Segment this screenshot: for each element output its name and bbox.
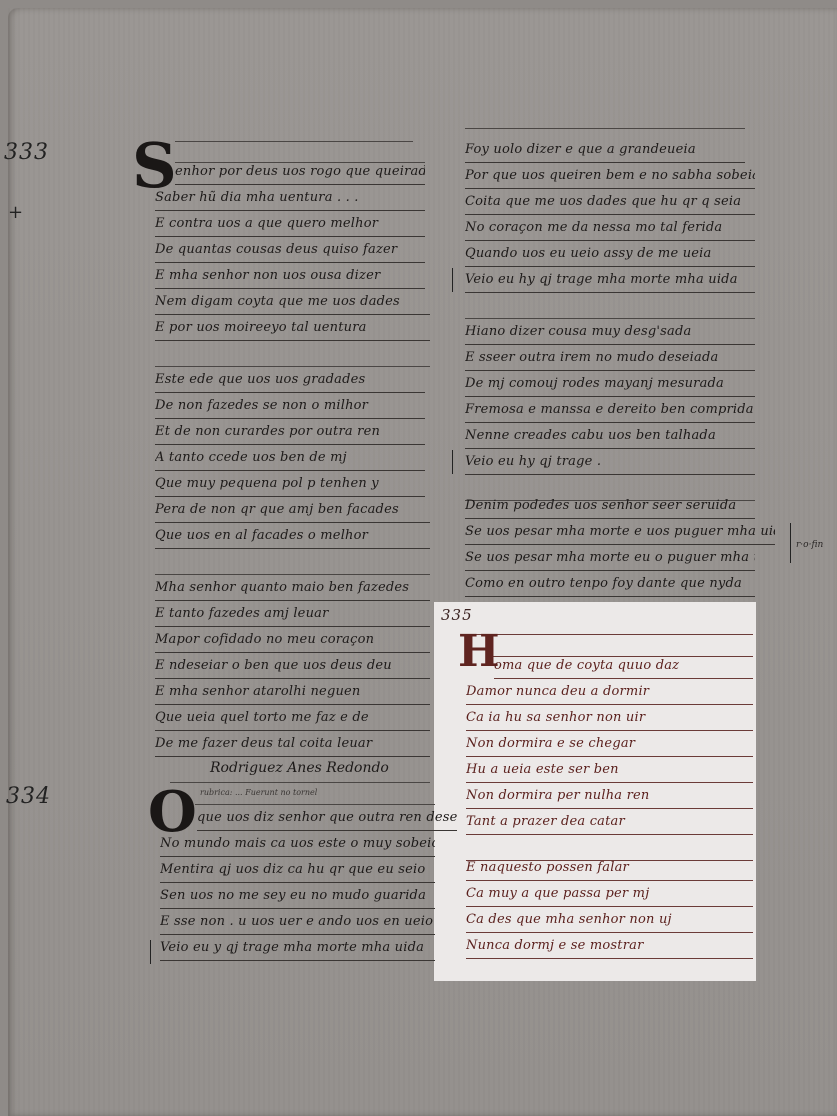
verse-line: Non dormira e se chegar bbox=[466, 734, 753, 757]
verse-line: No coraçon me da nessa mo tal ferida bbox=[465, 218, 755, 241]
ruled-line bbox=[155, 552, 430, 575]
verse-line: De mj comouj rodes mayanj mesurada bbox=[465, 374, 755, 397]
author-attribution: Rodriguez Anes Redondo bbox=[210, 760, 389, 776]
verse-line: Veio eu y qj trage mha morte mha uida bbox=[160, 938, 435, 961]
verse-line: Nem digam coyta que me uos dades bbox=[155, 292, 430, 315]
ruled-line bbox=[175, 119, 413, 142]
verse-line: E por uos moireeyo tal uentura bbox=[155, 318, 430, 341]
verse-line: oma que de coyta quuo daz bbox=[494, 656, 753, 679]
ruled-line bbox=[155, 344, 430, 367]
verse-line: Saber hũ dia mha uentura . . . bbox=[155, 188, 425, 211]
ruled-line bbox=[468, 612, 753, 635]
verse-line: Nenne creades cabu uos ben talhada bbox=[465, 426, 755, 449]
verse-line: Que muy pequena pol p tenhen y bbox=[155, 474, 425, 497]
verse-line: Non dormira per nulha ren bbox=[466, 786, 753, 809]
verse-line: Este ede que uos uos gradades bbox=[155, 370, 425, 393]
margin-cross-mark: + bbox=[8, 202, 24, 223]
verse-line: Fremosa e manssa e dereito ben comprida bbox=[465, 400, 755, 423]
verse-line: E mha senhor non uos ousa dizer bbox=[155, 266, 425, 289]
verse-line: Foy uolo dizer e que a grandeueia bbox=[465, 140, 745, 163]
verse-line: Mentira qj uos diz ca hu qr que eu seio bbox=[160, 860, 435, 883]
verse-line: Ca ia hu sa senhor non uir bbox=[466, 708, 753, 731]
verse-line: Veio eu hy qj trage mha morte mha uida bbox=[465, 270, 755, 293]
verse-line: Pera de non qr que amj ben facades bbox=[155, 500, 430, 523]
verse-line: Hu a ueia este ser ben bbox=[466, 760, 753, 783]
ruled-line bbox=[465, 296, 755, 319]
ruled-line bbox=[490, 634, 753, 657]
verse-line: Como en outro tenpo foy dante que nyda bbox=[465, 574, 755, 597]
verse-line: E tanto fazedes amj leuar bbox=[155, 604, 430, 627]
verse-line: Hiano dizer cousa muy desg'sada bbox=[465, 322, 755, 345]
verse-line: Ca des que mha senhor non uj bbox=[466, 910, 753, 933]
verse-line: E contra uos a que quero melhor bbox=[155, 214, 425, 237]
verse-line: Mapor cofidado no meu coraçon bbox=[155, 630, 430, 653]
dropcap-o: O bbox=[148, 784, 197, 840]
verse-line: Et de non curardes por outra ren bbox=[155, 422, 425, 445]
verse-line: Quando uos eu ueio assy de me ueia bbox=[465, 244, 755, 267]
margin-number-333: 333 bbox=[4, 140, 49, 165]
verse-line: E ndeseiar o ben que uos deus deu bbox=[155, 656, 430, 679]
verse-line: Que uos en al facades o melhor bbox=[155, 526, 430, 549]
verse-line: Damor nunca deu a dormir bbox=[466, 682, 753, 705]
verse-line: Denim podedes uos senhor seer seruida bbox=[465, 496, 755, 519]
verse-line: enhor por deus uos rogo que queirades bbox=[175, 162, 425, 185]
margin-bracket bbox=[790, 523, 791, 563]
margin-note-right: r·o·fin bbox=[796, 540, 823, 550]
ruled-line bbox=[195, 782, 435, 805]
refrain-bracket bbox=[452, 450, 453, 474]
verse-line: Sen uos no me sey eu no mudo guarida bbox=[160, 886, 435, 909]
verse-line: Por que uos queiren bem e no sabha sobei… bbox=[465, 166, 755, 189]
verse-line: E sse non . u uos uer e ando uos en ueio bbox=[160, 912, 435, 935]
ruled-line bbox=[175, 140, 425, 163]
ruled-line bbox=[465, 106, 745, 129]
verse-line: De non fazedes se non o milhor bbox=[155, 396, 425, 419]
verse-line: De quantas cousas deus quiso fazer bbox=[155, 240, 425, 263]
verse-line: Nunca dormj e se mostrar bbox=[466, 936, 753, 959]
verse-line: De me fazer deus tal coita leuar bbox=[155, 734, 430, 757]
refrain-bracket bbox=[150, 940, 151, 964]
margin-number-334: 334 bbox=[6, 784, 51, 809]
verse-line: E naquesto possen falar bbox=[466, 858, 753, 881]
verse-line: A tanto ccede uos ben de mj bbox=[155, 448, 425, 471]
verse-line: E mha senhor atarolhi neguen bbox=[155, 682, 430, 705]
verse-line: Ca muy a que passa per mj bbox=[466, 884, 753, 907]
verse-line: Se uos pesar mha morte eu o puguer mha u… bbox=[465, 548, 755, 571]
verse-line: Mha senhor quanto maio ben fazedes bbox=[155, 578, 430, 601]
verse-line: Se uos pesar mha morte e uos puguer mha … bbox=[465, 522, 775, 545]
verse-line: Que ueia quel torto me faz e de bbox=[155, 708, 430, 731]
verse-line: No mundo mais ca uos este o muy sobeio bbox=[160, 834, 435, 857]
verse-line: Coita que me uos dades que hu qr q seia bbox=[465, 192, 755, 215]
verse-line: Veio eu hy qj trage . bbox=[465, 452, 755, 475]
verse-line: que uos diz senhor que outra ren deseio bbox=[197, 808, 457, 831]
verse-line: E sseer outra irem no mudo deseiada bbox=[465, 348, 755, 371]
refrain-bracket bbox=[452, 268, 453, 292]
verse-line: Tant a prazer dea catar bbox=[466, 812, 753, 835]
